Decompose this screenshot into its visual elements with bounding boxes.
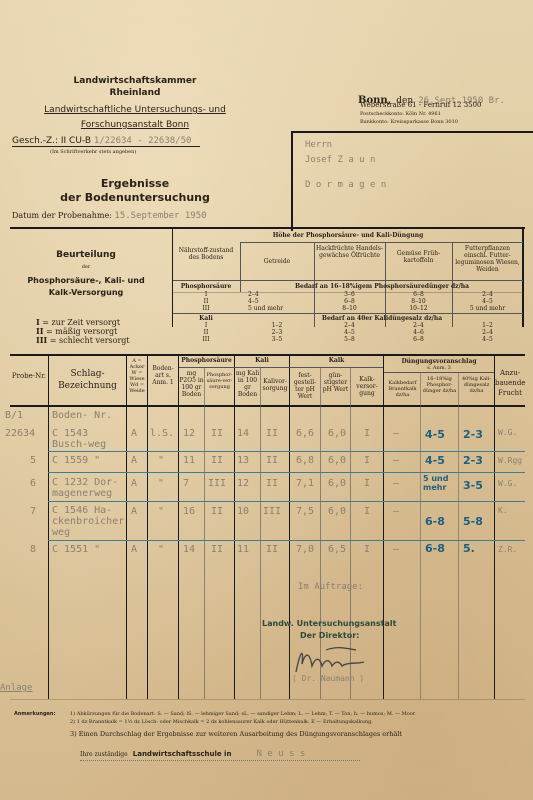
legend-item-3: III = schlecht versorgt [36,336,130,345]
results-header-bottom [10,405,525,407]
ref-col-vegetables: Gemüse Früh-kartoffeln [386,250,451,264]
recipient-name: Josef Z a u n [305,155,375,165]
row-divider [48,540,525,541]
header-kali-need: 40%ig Kali-düngesalz dz/ha [459,376,494,394]
reference-title: Höhe der Phosphorsäure- und Kali-Düngung [173,232,523,239]
recipient-box-top [291,131,533,133]
ref-phosphor-levels: IIIIII [173,291,239,312]
ref-phosphor-need: Bedarf an 16–18%igem Phosphorsäuredünger… [241,283,523,290]
col-line [383,354,384,699]
ref-phosphor-label: Phosphorsäure [173,283,239,290]
enclosure-label: Anlage [0,683,33,693]
legend-heading: Beurteilung [0,250,172,260]
ref-kali-need: Bedarf an 40er Kalidüngesalz dz/ha [241,315,523,322]
note-4-school: Landwirtschaftsschule in [133,750,232,758]
ref-phosphor-grain: 2–44–55 und mehr [248,291,308,312]
note-3: 3) Einen Durchschlag der Ergebnisse zur … [70,730,402,738]
header-kali: Kali [235,357,289,364]
header-field: Schlag-Bezeichnung [49,368,126,392]
header-sep [179,367,383,368]
col-line [48,354,49,699]
recipient-box-left [291,131,293,231]
on-behalf-label: Im Auftrage: [298,582,363,592]
col-line [494,354,495,699]
org-line-2: Rheinland [0,87,270,99]
legend-line-2: Kalk-Versorgung [0,287,172,299]
ref-kali-root: 2–44–55–8 [315,322,384,343]
ref-col-grain: Getreide [241,258,313,265]
page-title: Ergebnisse der Bodenuntersuchung [0,177,270,205]
col-line [204,368,205,699]
stamp-institute: Landw. Untersuchungsanstalt [262,619,396,628]
header-phosphor-need: 16–18%ig Phosphor-dünger dz/ha [421,376,458,394]
reference-label: Gesch.-Z.: II CU-B [12,136,91,146]
note-2: 2) 1 dz Branntkalk = 1½ dz Lösch- oder M… [70,719,373,725]
ref-col-root-crops: Hackfrüchte Handels-gewächse Ölfrüchte [315,245,384,259]
note-4-label: Ihre zuständige [80,751,128,758]
recipient-salutation: Herrn [305,140,332,150]
legend: Beurteilung der Phosphorsäure-, Kali- un… [0,250,172,299]
ref-col-fodder: Futterpflanzen einschl. Futter-leguminos… [453,245,522,273]
header-plan-note: s. Anm. 3 [384,365,494,371]
ref-kali-veg: 2–44–66–8 [386,322,451,343]
header-ph-measured: fest-gestell-ter pH Wert [290,372,320,400]
title-line-2: der Bodenuntersuchung [0,191,270,205]
header-lime-need: Kalkbedarf Branntkalk dz/ha [385,380,420,398]
title-line-1: Ergebnisse [0,177,270,191]
row-divider [48,451,525,452]
header-ph-optimal: gün-stigster pH Wert [321,372,350,393]
pre-row-label: Boden- Nr. [52,410,112,421]
header-phosphor-mg: mg P2O5 in 100 gr Boden [179,370,204,398]
col-line [260,368,261,699]
header-crop: Anzu-bauende Frucht [495,368,525,398]
org-name: Landwirtschaftskammer Rheinland [0,75,270,99]
address: Weberstraße 61 - Fernruf 12 3500 [360,101,482,109]
ref-phosphor-root: 3–66–88–10 [315,291,384,312]
header-fertilizer-plan: Düngungsvoranschlag [384,358,494,365]
notes-divider [10,699,525,700]
col-line [178,354,179,699]
ref-line [173,280,523,281]
header-sep [384,372,494,373]
header-lime-supply: Kalk-versor-gung [351,376,383,397]
signature-icon [290,642,380,678]
col-line [420,372,421,699]
institute-line-1: Landwirtschaftliche Untersuchungs- und [0,102,270,118]
col-line [147,354,148,699]
reference-divider [172,227,173,327]
col-line [458,372,459,699]
ref-kali-label: Kali [173,315,239,322]
reference-note: (Im Schriftverkehr stets angeben) [50,149,136,155]
institute-line-2: Forschungsanstalt Bonn [0,118,270,132]
institute-name: Landwirtschaftliche Untersuchungs- und F… [0,102,270,132]
results-table-top [10,354,525,356]
ref-kali-levels: IIIIII [173,322,239,343]
ref-kali-grain: 1–22–33–5 [241,322,313,343]
header-kali-mg: mg Kali in 100 gr Boden [235,370,260,398]
reference-number: Gesch.-Z.: II CU-B 1/22634 - 22638/50 [12,136,200,147]
reference-value: 1/22634 - 22638/50 [94,136,192,146]
note-4: Ihre zuständige Landwirtschaftsschule in… [80,741,360,761]
legend-line-1: Phosphorsäure-, Kali- und [0,274,172,287]
header-phosphor-supply: Phosphor-säure-ver-sorgung [205,372,234,390]
header-probe: Probe-Nr. [10,372,48,380]
legend-items: I = zur Zeit versorgt II = mäßig versorg… [36,318,130,345]
ref-kali-fodder: 1–22–44–5 [453,322,522,343]
legend-item-1: I = zur Zeit versorgt [36,318,130,327]
pre-row-probe: B/1 [5,410,23,421]
ref-phosphor-veg: 6–88–1010–12 [386,291,451,312]
postcheck-account: Postscheckkonto: Köln Nr. 4961 [360,111,441,117]
header-kali-supply: Kalivor-sorgung [261,378,289,392]
ref-line [240,242,523,243]
ref-line [173,313,523,314]
note-4-town: N e u s s [257,749,306,759]
sample-date-value: 15.September 1950 [114,211,206,221]
ref-phosphor-fodder: 2–44–55 und mehr [453,291,522,312]
bank-account: Bankkonto: Kreissparkasse Bonn 3010 [360,119,458,125]
header-phosphor: Phosphorsäure [179,357,234,364]
stamp-director: Der Direktor: [300,631,359,640]
header-usage: A = Acker W = Wiese Wd = Weide [127,358,147,394]
col-line [234,354,235,699]
ref-col-nutrient: Nährstoff-zustand des Bodens [173,247,239,261]
reference-table-top [10,227,525,229]
sample-date-label: Datum der Probenahme: [12,211,112,220]
row-divider [48,501,525,502]
header-soil-type: Boden-art s. Anm. 1 [148,365,178,386]
org-line-1: Landwirtschaftskammer [0,75,270,87]
notes-label: Anmerkungen: [14,711,55,717]
header-lime: Kalk [290,357,383,364]
row-divider [48,472,525,473]
legend-der: der [0,264,172,270]
legend-item-2: II = mäßig versorgt [36,327,130,336]
signatory-name: ( Dr. Naumann ) [292,674,364,683]
note-1: 1) Abkürzungen für die Bodenart: S. — Sa… [70,711,415,717]
sample-date: Datum der Probenahme: 15.September 1950 [12,211,207,221]
recipient-town: D o r m a g e n [305,180,386,190]
